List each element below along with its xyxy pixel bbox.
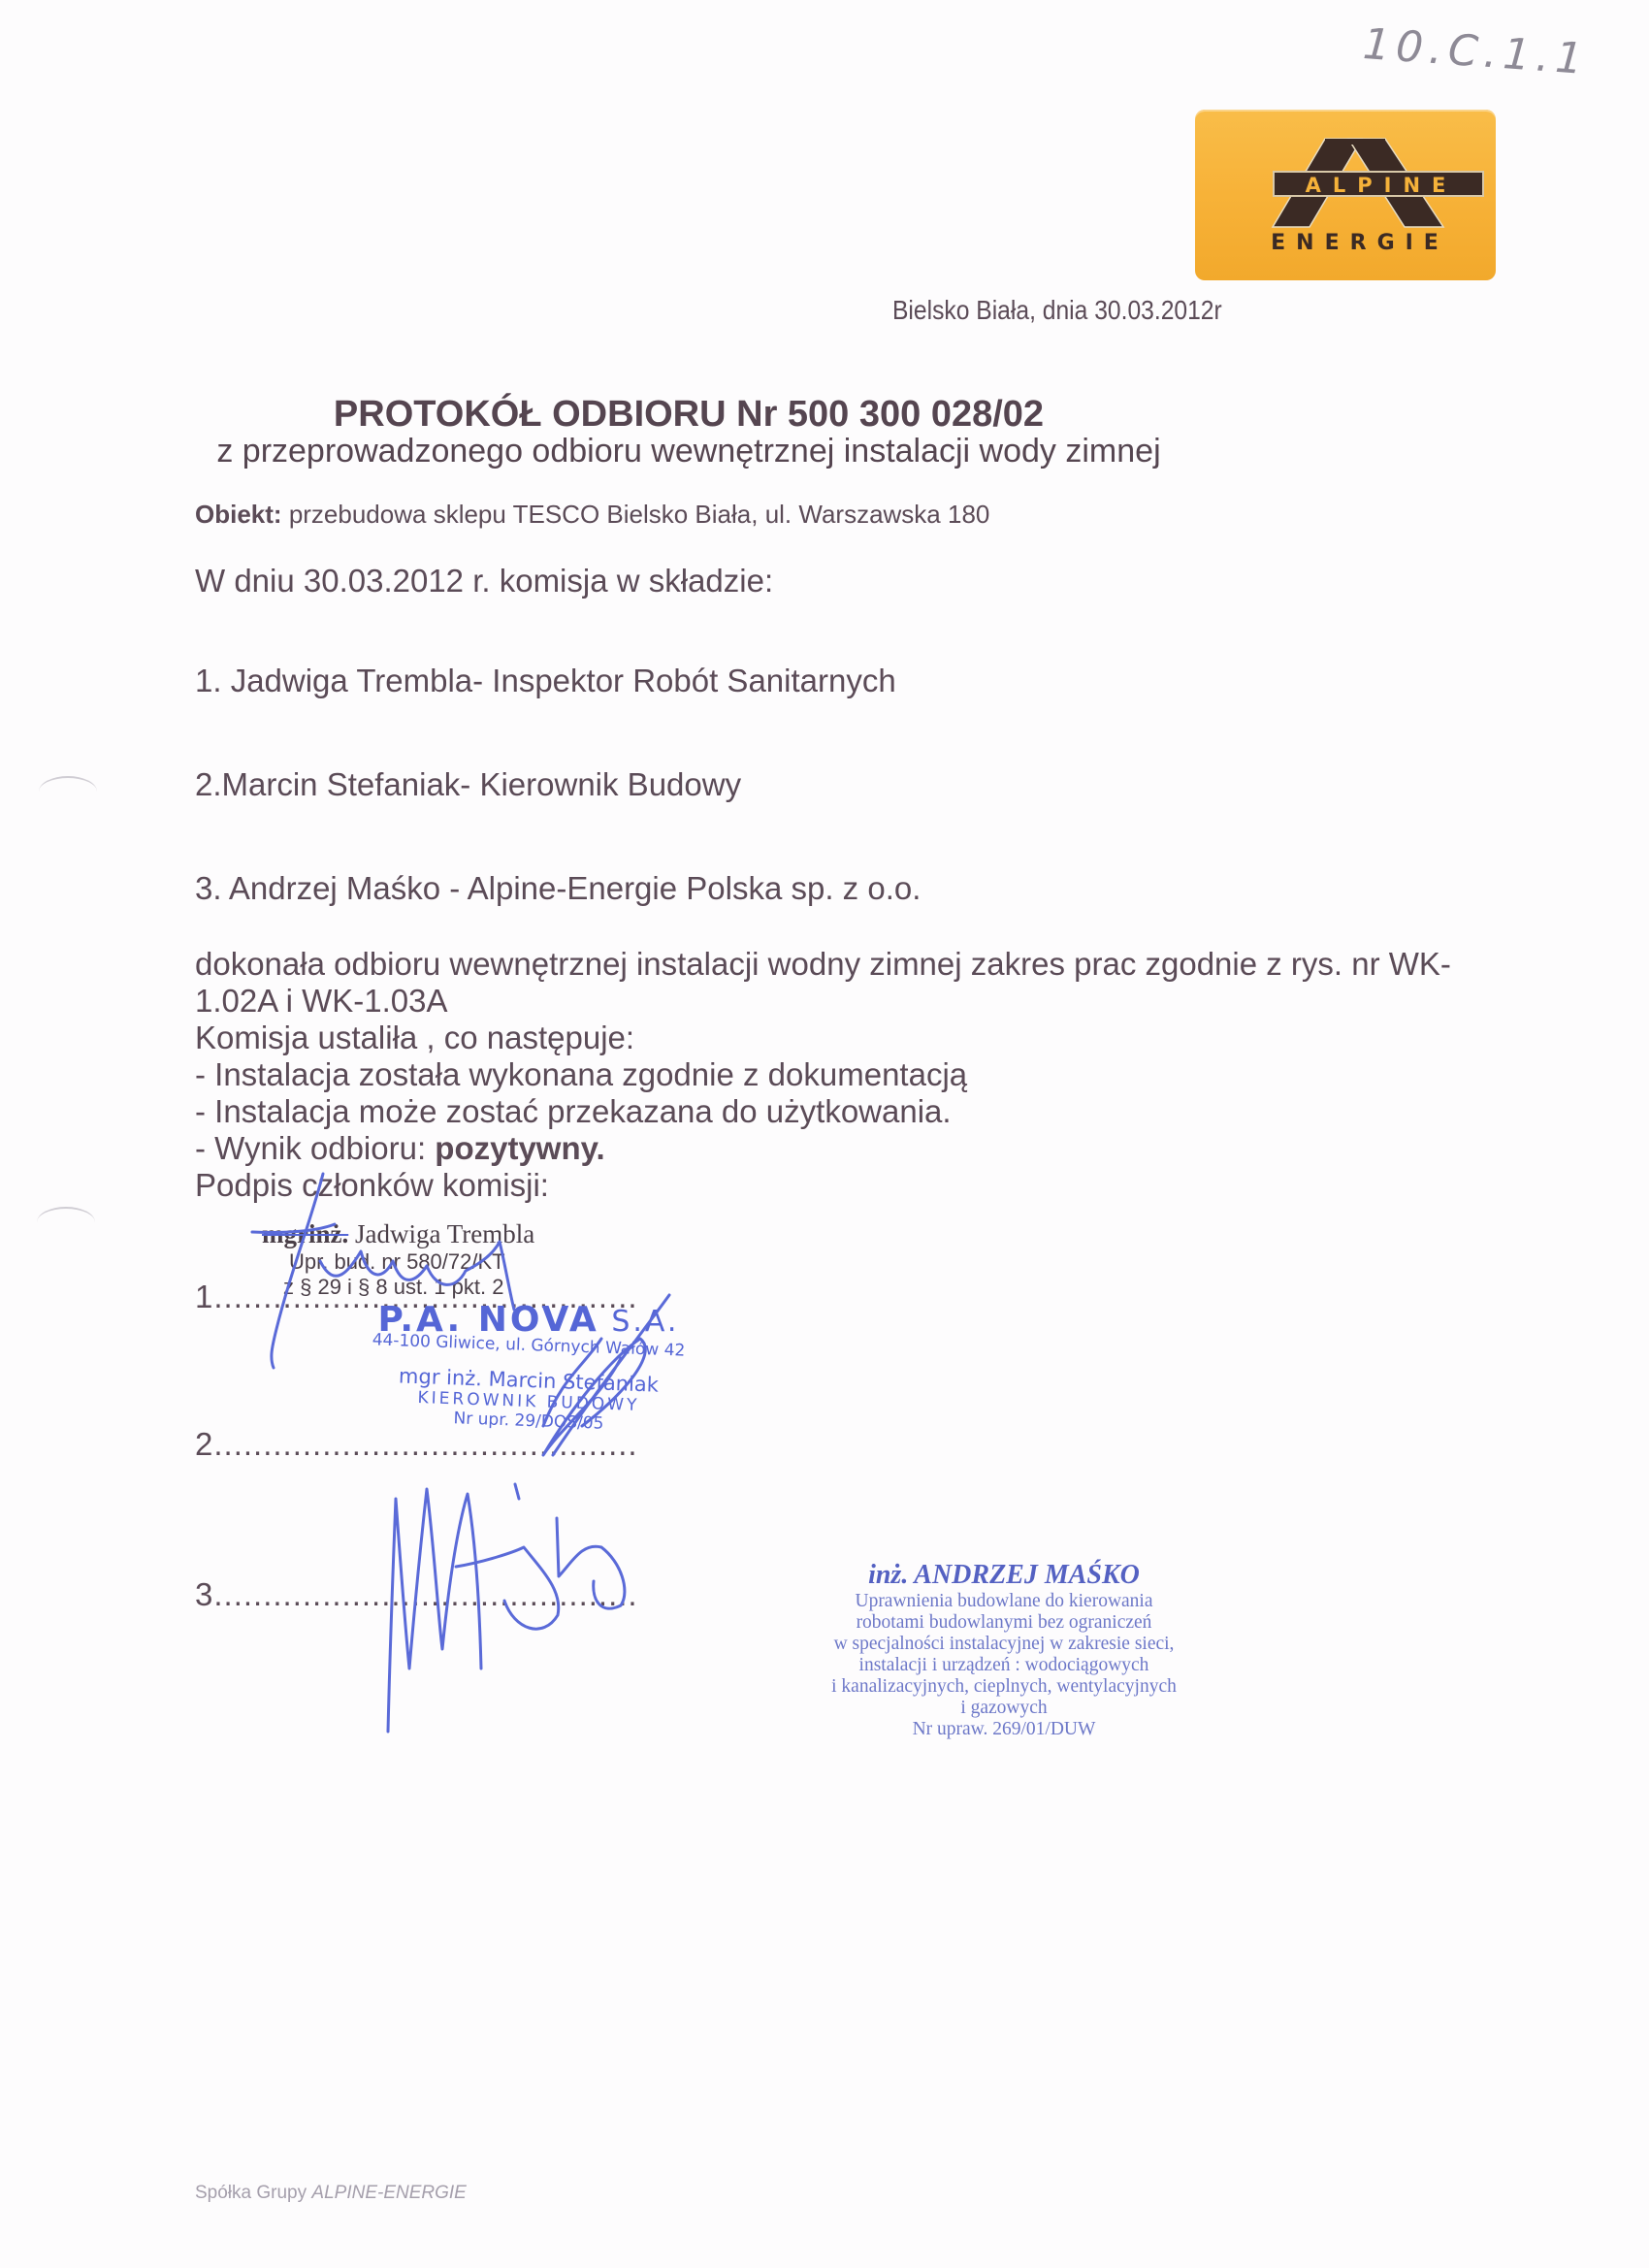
- alpine-energie-logo: ALPINE ENERGIE: [1195, 110, 1496, 280]
- footer-prefix: Spółka Grupy: [195, 2183, 311, 2203]
- stamp-masko-line: instalacji i urządzeń : wodociągowych: [776, 1655, 1232, 1676]
- stamp-trembla-name: Jadwiga Trembla: [348, 1219, 534, 1248]
- signature-line-3: 3.......................................…: [195, 1576, 638, 1613]
- signatures-label: Podpis członków komisji:: [195, 1167, 1514, 1204]
- result-value: pozytywny.: [435, 1130, 604, 1166]
- stamp-masko-line: i gazowych: [776, 1698, 1232, 1719]
- result-label: - Wynik odbioru:: [195, 1130, 435, 1166]
- stamp-masko-line: i kanalizacyjnych, cieplnych, wentylacyj…: [776, 1676, 1232, 1698]
- stamp-trembla-license: Upr. bud. nr 580/72/KT: [289, 1249, 534, 1275]
- stamp-masko-line: Nr upraw. 269/01/DUW: [776, 1719, 1232, 1740]
- object-value: przebudowa sklepu TESCO Bielsko Biała, u…: [289, 500, 990, 529]
- object-label: Obiekt:: [195, 500, 282, 529]
- stamp-masko: inż. ANDRZEJ MAŚKO Uprawnienia budowlane…: [776, 1560, 1232, 1740]
- result-line: - Wynik odbioru: pozytywny.: [195, 1130, 1514, 1167]
- body-line: 1.02A i WK-1.03A: [195, 983, 1514, 1020]
- protocol-body: dokonała odbioru wewnętrznej instalacji …: [195, 946, 1514, 1204]
- stamp-nova: P.A. NOVA S.A. 44-100 Gliwice, ul. Górny…: [335, 1300, 723, 1431]
- body-line: - Instalacja została wykonana zgodnie z …: [195, 1056, 1514, 1093]
- stamp-masko-line: w specjalności instalacyjnej w zakresie …: [776, 1634, 1232, 1655]
- object-line: Obiekt: przebudowa sklepu TESCO Bielsko …: [195, 500, 989, 530]
- footer: Spółka Grupy ALPINE-ENERGIE: [195, 2183, 467, 2204]
- body-line: dokonała odbioru wewnętrznej instalacji …: [195, 946, 1514, 983]
- stamp-masko-line: Uprawnienia budowlane do kierowania: [776, 1591, 1232, 1612]
- stamp-trembla-prefix: mgrinż.: [262, 1219, 348, 1248]
- document-title: PROTOKÓŁ ODBIORU Nr 500 300 028/02: [0, 394, 1649, 436]
- footer-brand: ALPINE-ENERGIE: [311, 2183, 466, 2203]
- logo-energie-text: ENERGIE: [1195, 231, 1496, 255]
- logo-alpine-text: ALPINE: [1273, 171, 1484, 197]
- handwritten-reference: 10.C.1.1: [1362, 19, 1591, 84]
- stamp-trembla-legal: z § 29 i § 8 ust. 1 pkt. 2: [283, 1275, 534, 1300]
- stamp-trembla: mgrinż. Jadwiga Trembla Upr. bud. nr 580…: [262, 1219, 534, 1300]
- hole-punch-mark: [39, 776, 97, 807]
- commission-member: 1. Jadwiga Trembla- Inspektor Robót Sani…: [195, 663, 896, 699]
- body-line: Komisja ustaliła , co następuje:: [195, 1020, 1514, 1056]
- commission-intro: W dniu 30.03.2012 r. komisja w składzie:: [195, 563, 773, 599]
- commission-member: 3. Andrzej Maśko - Alpine-Energie Polska…: [195, 870, 921, 907]
- stamp-masko-name: inż. ANDRZEJ MAŚKO: [776, 1560, 1232, 1591]
- stamp-nova-suffix: S.A.: [599, 1305, 680, 1339]
- body-line: - Instalacja może zostać przekazana do u…: [195, 1093, 1514, 1130]
- commission-member: 2.Marcin Stefaniak- Kierownik Budowy: [195, 766, 741, 803]
- place-date: Bielsko Biała, dnia 30.03.2012r: [892, 295, 1222, 326]
- stamp-masko-line: robotami budowlanymi bez ograniczeń: [776, 1612, 1232, 1634]
- document-subtitle: z przeprowadzonego odbioru wewnętrznej i…: [0, 433, 1649, 470]
- hole-punch-mark: [37, 1207, 95, 1238]
